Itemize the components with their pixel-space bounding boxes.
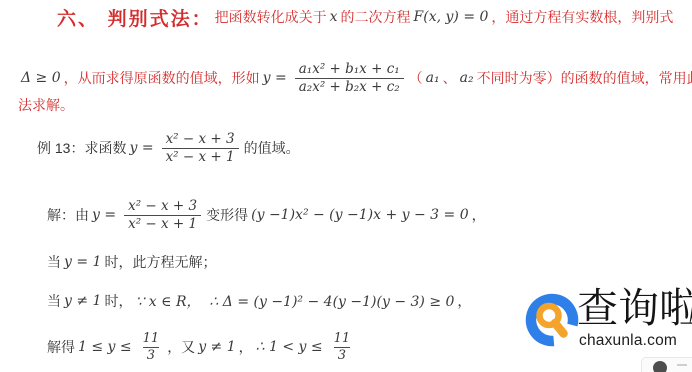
step4-fraction-2: 11 3 xyxy=(330,331,355,363)
step1-equation: (y −1)x² − (y −1)x + y − 3 = 0 xyxy=(251,207,469,223)
step3-discriminant: ∵ x ∈ R， ∴ Δ = (y −1)² − 4(y −1)(y − 3) … xyxy=(135,291,454,311)
fraction-denominator: x² − x + 1 xyxy=(124,215,201,232)
step1-fraction: x² − x + 3 x² − x + 1 xyxy=(124,198,201,231)
step2-condition: y = 1 xyxy=(64,254,101,270)
fraction-numerator: 11 xyxy=(139,331,164,347)
example-line: 例 13：求函数 y = x² − x + 3 x² − x + 1 的值域。 xyxy=(37,124,300,172)
step1-mid: 变形得 xyxy=(206,205,248,225)
step1-y-equals: y = xyxy=(92,207,116,223)
intro-tail-text: 法求解。 xyxy=(18,95,74,115)
avatar xyxy=(653,361,667,372)
intro-line: Δ ≥ 0 ，从而求得原函数的值域，形如 y = a₁x² + b₁x + c₁… xyxy=(18,52,692,104)
step4-inequality-1: 1 ≤ y ≤ xyxy=(78,339,132,355)
intro-text-2: 不同时为零）的函数的值域，常用此方 xyxy=(477,68,692,88)
intro-text-1: ，从而求得原函数的值域，形如 xyxy=(64,68,260,88)
fraction-denominator: x² − x + 1 xyxy=(162,148,239,165)
corner-widget[interactable] xyxy=(641,357,692,372)
fraction-denominator: 3 xyxy=(143,347,159,364)
fraction-numerator: x² − x + 3 xyxy=(124,198,201,214)
math-var-x: x xyxy=(330,9,338,25)
math-delta: Δ ≥ 0 xyxy=(21,70,61,86)
example-y-equals: y = xyxy=(129,140,153,156)
fraction-numerator: a₁x² + b₁x + c₁ xyxy=(295,61,404,77)
general-fraction: a₁x² + b₁x + c₁ a₂x² + b₂x + c₂ xyxy=(295,61,404,94)
title-text-1: 把函数转化成关于 xyxy=(215,7,327,27)
intro-enum-mark: 、 xyxy=(443,68,457,88)
step3-condition: y ≠ 1 xyxy=(64,293,101,309)
step4-mid-1: ，又 xyxy=(167,337,195,357)
step4-condition: y ≠ 1 xyxy=(198,339,235,355)
step2-tail: 时，此方程无解； xyxy=(104,252,216,272)
fraction-numerator: x² − x + 3 xyxy=(162,131,239,147)
chaxunla-watermark: 查询啦 chaxunla.com xyxy=(524,290,692,356)
solution-step-3: 当 y ≠ 1 时， ∵ x ∈ R， ∴ Δ = (y −1)² − 4(y … xyxy=(47,288,471,314)
solution-step-2: 当 y = 1 时，此方程无解； xyxy=(47,251,216,273)
fraction-denominator: a₂x² + b₂x + c₂ xyxy=(295,78,404,95)
math-fxy: F(x, y) = 0 xyxy=(414,9,489,25)
math-y-equals: y = xyxy=(263,70,287,86)
magnifier-logo-icon xyxy=(524,292,582,350)
corner-marks-icon xyxy=(677,364,687,370)
brand-domain: chaxunla.com xyxy=(579,332,677,350)
section-title-line: 六、 判别式法： 把函数转化成关于 x 的二次方程 F(x, y) = 0 ，通… xyxy=(57,5,673,29)
step4-fraction-1: 11 3 xyxy=(139,331,164,363)
step3-lead: 当 xyxy=(47,291,61,311)
intro-tail-line: 法求解。 xyxy=(18,95,74,115)
step3-tail: ， xyxy=(457,291,471,311)
example-suffix: 的值域。 xyxy=(244,138,300,158)
step2-lead: 当 xyxy=(47,252,61,272)
title-text-3: ，通过方程有实数根，判别式 xyxy=(491,7,673,27)
brand-name: 查询啦 xyxy=(577,287,692,330)
solution-step-1: 解：由 y = x² − x + 3 x² − x + 1 变形得 (y −1)… xyxy=(47,190,486,240)
example-label: 例 13：求函数 xyxy=(37,138,126,158)
step4-mid-2: ， xyxy=(239,337,253,357)
intro-paren-open: （ xyxy=(409,68,423,88)
step3-mid: 时， xyxy=(104,291,132,311)
solution-step-4: 解得 1 ≤ y ≤ 11 3 ，又 y ≠ 1 ， ∴ 1 < y ≤ 11 … xyxy=(47,326,358,368)
fraction-denominator: 3 xyxy=(334,347,350,364)
math-a2: a₂ xyxy=(460,70,474,86)
title-text-2: 的二次方程 xyxy=(341,7,411,27)
math-a1: a₁ xyxy=(426,70,440,86)
step1-tail: ， xyxy=(472,205,486,225)
step4-inequality-2: ∴ 1 < y ≤ xyxy=(256,339,323,355)
example-fraction: x² − x + 3 x² − x + 1 xyxy=(162,131,239,164)
step1-lead: 解：由 xyxy=(47,205,89,225)
step4-lead: 解得 xyxy=(47,337,75,357)
section-heading: 六、 判别式法： xyxy=(57,4,213,31)
fraction-numerator: 11 xyxy=(330,331,355,347)
